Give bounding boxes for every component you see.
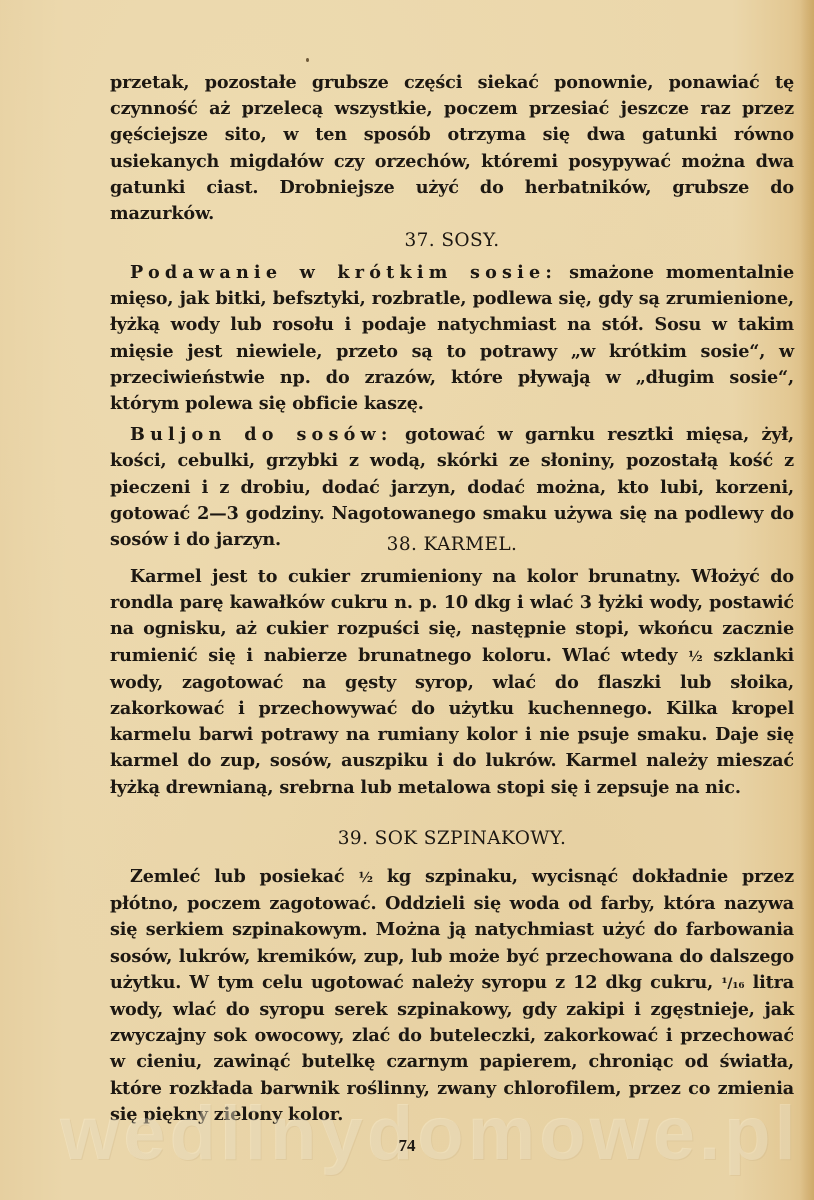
paragraph-text: szklanki wody, zagotować na gęsty syrop,…	[110, 645, 794, 798]
spaced-lead-term: Podawanie w krótkim sosie:	[130, 262, 557, 283]
fraction: ½	[688, 649, 703, 665]
section-heading-sok-szpinakowy: 39. SOK SZPINAKOWY.	[110, 828, 794, 849]
watermark: wedlinydomowe.pl	[60, 1090, 760, 1177]
spaced-lead-term: Buljon do sosów:	[130, 424, 393, 445]
section-heading-karmel: 38. KARMEL.	[110, 534, 794, 555]
paragraph-karmel: Karmel jest to cukier zrumieniony na kol…	[110, 564, 794, 801]
intro-block: przetak, pozostałe grubsze części siekać…	[110, 70, 794, 227]
fraction: ¹/₁₆	[721, 976, 744, 992]
ink-speck	[306, 58, 309, 62]
section-body-sosy: Podawanie w krótkim sosie: smażone momen…	[110, 260, 794, 553]
section-heading-sosy: 37. SOSY.	[110, 230, 794, 251]
section-body-sok-szpinakowy: Zemleć lub posiekać ½ kg szpinaku, wycis…	[110, 864, 794, 1128]
scanned-page: przetak, pozostałe grubsze części siekać…	[0, 0, 814, 1200]
page-number: 74	[0, 1136, 814, 1156]
paragraph-text: Zemleć lub posiekać	[130, 866, 358, 887]
paragraph-krotki-sos: Podawanie w krótkim sosie: smażone momen…	[110, 260, 794, 417]
paragraph-text: smażone momentalnie mięso, jak bitki, be…	[110, 262, 794, 414]
intro-paragraph: przetak, pozostałe grubsze części siekać…	[110, 70, 794, 227]
paragraph-sok-szpinakowy: Zemleć lub posiekać ½ kg szpinaku, wycis…	[110, 864, 794, 1128]
section-body-karmel: Karmel jest to cukier zrumieniony na kol…	[110, 564, 794, 801]
fraction: ½	[358, 870, 373, 886]
